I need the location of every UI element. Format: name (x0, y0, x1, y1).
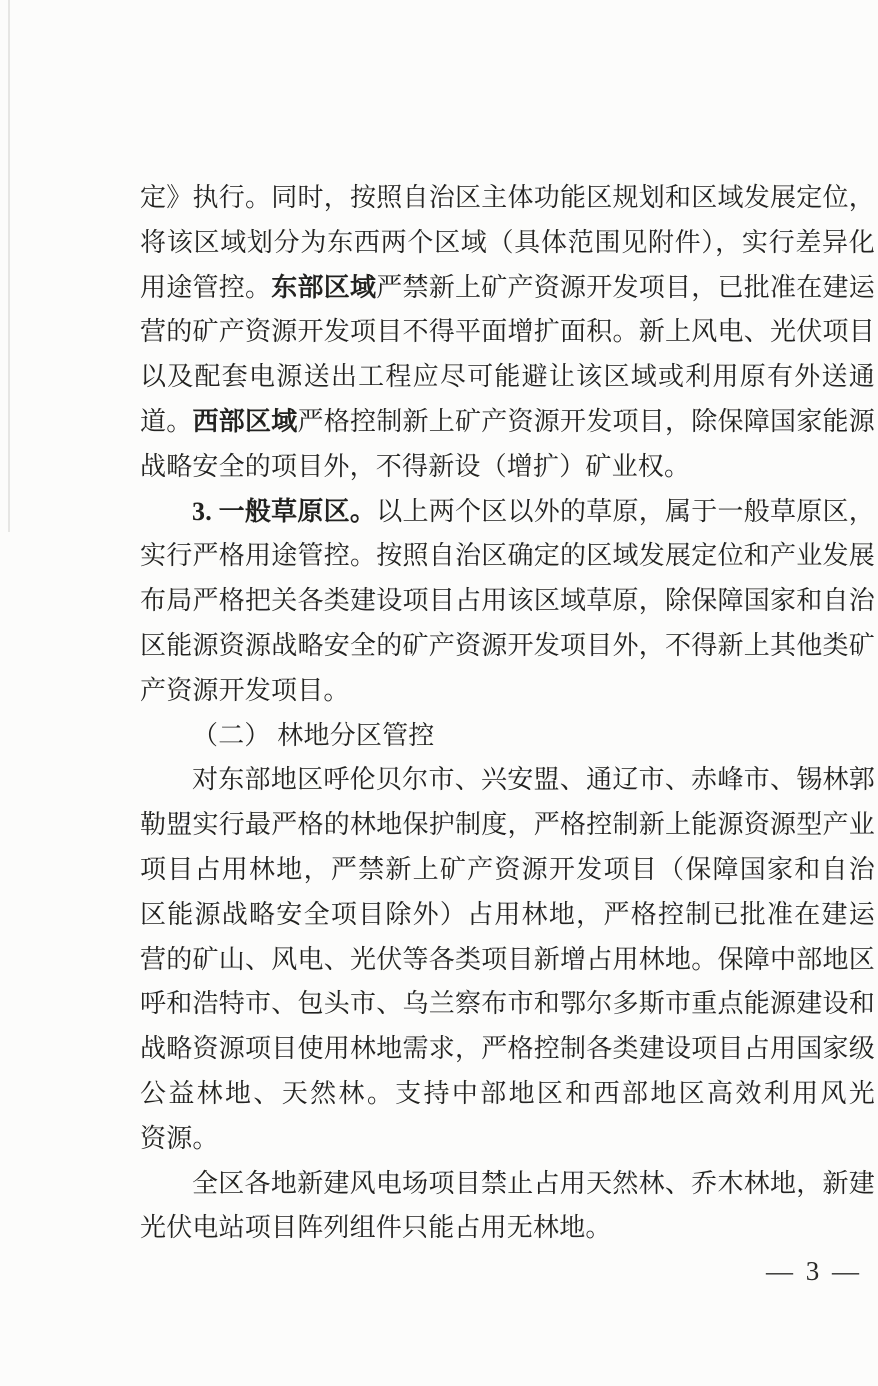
text-run: 以及配套电源送出工程应尽可能避让该区域或利用原有外送通 (140, 362, 875, 391)
bold-run-east-region: 东部区域 (271, 273, 376, 302)
text-run: 区能源资源战略安全的矿产资源开发项目外，不得新上其他类矿 (140, 631, 875, 660)
text-run: 全区各地新建风电场项目禁止占用天然林、乔木林地，新建 (192, 1169, 875, 1198)
text-run: 布局严格把关各类建设项目占用该区域草原，除保障国家和自治 (140, 586, 875, 615)
text-line: 公益林地、天然林。支持中部地区和西部地区高效利用风光 (140, 1072, 875, 1117)
text-run: 产资源开发项目。 (140, 676, 350, 705)
text-line-paragraph-end: 资源。 (140, 1117, 875, 1162)
text-run: 将该区域划分为东西两个区域（具体范围见附件），实行差异化 (140, 228, 875, 257)
text-run: （二） 林地分区管控 (192, 721, 435, 750)
bold-run-item-3-heading: 3. 一般草原区。 (192, 497, 376, 526)
text-line: 以及配套电源送出工程应尽可能避让该区域或利用原有外送通 (140, 355, 875, 400)
text-run: 呼和浩特市、包头市、乌兰察布市和鄂尔多斯市重点能源建设和 (140, 989, 875, 1018)
bold-run-west-region: 西部区域 (193, 407, 298, 436)
text-run: 光伏电站项目阵列组件只能占用无林地。 (140, 1213, 612, 1242)
scan-artifact-line (8, 0, 10, 532)
text-run: 道。 (140, 407, 193, 436)
body-text: 定》执行。同时，按照自治区主体功能区规划和区域发展定位， 将该区域划分为东西两个… (140, 176, 875, 1251)
text-run: 营的矿产资源开发项目不得平面增扩面积。新上风电、光伏项目 (140, 317, 875, 346)
text-line: 区能源资源战略安全的矿产资源开发项目外，不得新上其他类矿 (140, 624, 875, 669)
page-number: — 3 — (766, 1256, 862, 1287)
text-line: 战略资源项目使用林地需求，严格控制各类建设项目占用国家级 (140, 1027, 875, 1072)
text-line: 布局严格把关各类建设项目占用该区域草原，除保障国家和自治 (140, 579, 875, 624)
text-line: 项目占用林地，严禁新上矿产资源开发项目（保障国家和自治 (140, 848, 875, 893)
text-line-paragraph-end: 光伏电站项目阵列组件只能占用无林地。 (140, 1206, 875, 1251)
text-run: 严格控制新上矿产资源开发项目，除保障国家能源 (298, 407, 875, 436)
text-line: 道。西部区域严格控制新上矿产资源开发项目，除保障国家能源 (140, 400, 875, 445)
text-run: 对东部地区呼伦贝尔市、兴安盟、通辽市、赤峰市、锡林郭 (192, 765, 875, 794)
text-run: 区能源战略安全项目除外）占用林地，严格控制已批准在建运 (140, 900, 875, 929)
text-line: 定》执行。同时，按照自治区主体功能区规划和区域发展定位， (140, 176, 875, 221)
text-run: 战略安全的项目外，不得新设（增扩）矿业权。 (140, 452, 690, 481)
text-line: 呼和浩特市、包头市、乌兰察布市和鄂尔多斯市重点能源建设和 (140, 982, 875, 1027)
text-line: 营的矿山、风电、光伏等各类项目新增占用林地。保障中部地区 (140, 938, 875, 983)
text-run: 项目占用林地，严禁新上矿产资源开发项目（保障国家和自治 (140, 855, 875, 884)
text-run: 勒盟实行最严格的林地保护制度，严格控制新上能源资源型产业 (140, 810, 875, 839)
text-run: 营的矿山、风电、光伏等各类项目新增占用林地。保障中部地区 (140, 945, 875, 974)
text-run: 战略资源项目使用林地需求，严格控制各类建设项目占用国家级 (140, 1034, 875, 1063)
text-line: 营的矿产资源开发项目不得平面增扩面积。新上风电、光伏项目 (140, 310, 875, 355)
text-run: 公益林地、天然林。支持中部地区和西部地区高效利用风光 (140, 1079, 875, 1108)
document-page: 定》执行。同时，按照自治区主体功能区规划和区域发展定位， 将该区域划分为东西两个… (0, 0, 878, 1386)
text-line-paragraph-end: 产资源开发项目。 (140, 669, 875, 714)
text-line: 实行严格用途管控。按照自治区确定的区域发展定位和产业发展 (140, 534, 875, 579)
text-run: 用途管控。 (140, 273, 271, 302)
text-run: 定》执行。同时，按照自治区主体功能区规划和区域发展定位， (140, 183, 875, 212)
text-line: 用途管控。东部区域严禁新上矿产资源开发项目，已批准在建运 (140, 266, 875, 311)
text-run: 以上两个区以外的草原，属于一般草原区， (376, 497, 875, 526)
text-line: 勒盟实行最严格的林地保护制度，严格控制新上能源资源型产业 (140, 803, 875, 848)
text-run: 严禁新上矿产资源开发项目，已批准在建运 (376, 273, 875, 302)
text-run: 实行严格用途管控。按照自治区确定的区域发展定位和产业发展 (140, 541, 875, 570)
text-run: 资源。 (140, 1124, 219, 1153)
text-line: 对东部地区呼伦贝尔市、兴安盟、通辽市、赤峰市、锡林郭 (140, 758, 875, 803)
text-line: 将该区域划分为东西两个区域（具体范围见附件），实行差异化 (140, 221, 875, 266)
text-line-item-3: 3. 一般草原区。以上两个区以外的草原，属于一般草原区， (140, 490, 875, 535)
text-line: 全区各地新建风电场项目禁止占用天然林、乔木林地，新建 (140, 1162, 875, 1207)
text-line: 区能源战略安全项目除外）占用林地，严格控制已批准在建运 (140, 893, 875, 938)
text-line-paragraph-end: 战略安全的项目外，不得新设（增扩）矿业权。 (140, 445, 875, 490)
section-heading-forest-zone: （二） 林地分区管控 (140, 714, 875, 759)
